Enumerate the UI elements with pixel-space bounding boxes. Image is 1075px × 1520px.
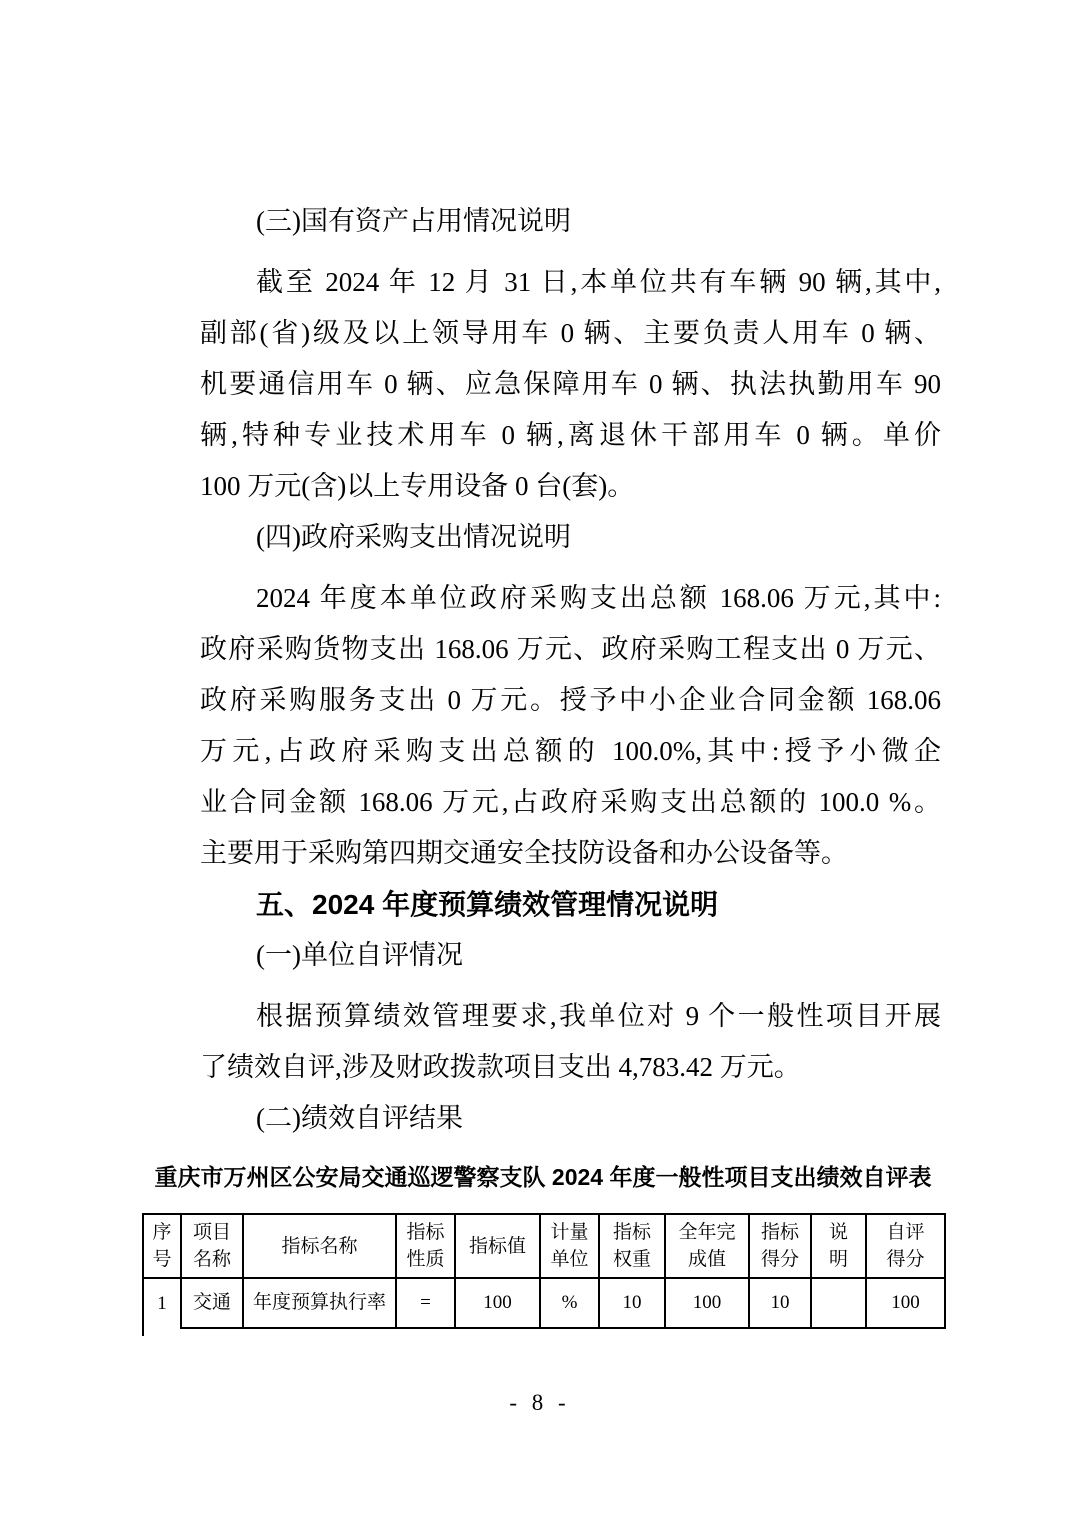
table-header-row: 序号项目名称指标名称指标性质指标值计量单位指标权重全年完成值指标得分说明自评得分 [143,1214,945,1278]
table-header-cell: 指标性质 [396,1214,455,1278]
performance-self-eval-table: 序号项目名称指标名称指标性质指标值计量单位指标权重全年完成值指标得分说明自评得分… [142,1213,946,1329]
paragraph-line: 根据预算绩效管理要求,我单位对 9 个一般性项目开展 [200,991,941,1042]
paragraph-line: 辆,特种专业技术用车 0 辆,离退休干部用车 0 辆。单价 [200,410,941,461]
paragraph-line: 2024 年度本单位政府采购支出总额 168.06 万元,其中: [200,573,941,624]
sub-section-heading: (一)单位自评情况 [200,930,941,981]
paragraph-line: 100 万元(含)以上专用设备 0 台(套)。 [200,461,941,512]
paragraph-line: 政府采购服务支出 0 万元。授予中小企业合同金额 168.06 [200,675,941,726]
table-cell [811,1278,866,1328]
table-cell: 年度预算执行率 [243,1278,396,1328]
table-header-cell: 项目名称 [181,1214,243,1278]
table-cell: 100 [455,1278,540,1328]
section-heading: 五、2024 年度预算绩效管理情况说明 [200,879,941,930]
table-cell: 10 [599,1278,665,1328]
table-row: 1交通年度预算执行率=100%1010010100 [143,1278,945,1328]
table-body: 1交通年度预算执行率=100%1010010100 [143,1278,945,1328]
paragraph-line: 机要通信用车 0 辆、应急保障用车 0 辆、执法执勤用车 90 [200,359,941,410]
table-left-border-continuation [142,1327,144,1336]
paragraph-line: 了绩效自评,涉及财政拨款项目支出 4,783.42 万元。 [200,1042,941,1093]
table-cell: 100 [866,1278,945,1328]
page-number: - 8 - [0,1386,1075,1420]
document-page: { "colors": { "text": "#000000", "backgr… [0,0,1075,1520]
page-content: (三)国有资产占用情况说明截至 2024 年 12 月 31 日,本单位共有车辆… [142,196,944,1329]
sub-section-heading: (四)政府采购支出情况说明 [200,512,941,563]
table-header-cell: 指标得分 [749,1214,811,1278]
table-header-cell: 指标权重 [599,1214,665,1278]
table-cell: % [540,1278,599,1328]
sub-section-heading: (二)绩效自评结果 [200,1093,941,1144]
paragraph-line: 政府采购货物支出 168.06 万元、政府采购工程支出 0 万元、 [200,624,941,675]
paragraph-line: 主要用于采购第四期交通安全技防设备和办公设备等。 [200,828,941,879]
table-header-cell: 计量单位 [540,1214,599,1278]
table-header-cell: 指标名称 [243,1214,396,1278]
document-text: (三)国有资产占用情况说明截至 2024 年 12 月 31 日,本单位共有车辆… [200,196,941,1144]
table-cell: 交通 [181,1278,243,1328]
table-header-cell: 说明 [811,1214,866,1278]
table-header-cell: 指标值 [455,1214,540,1278]
table-cell: 1 [143,1278,181,1328]
table-header-cell: 全年完成值 [665,1214,749,1278]
paragraph-line: 副部(省)级及以上领导用车 0 辆、主要负责人用车 0 辆、 [200,308,941,359]
table-cell: 100 [665,1278,749,1328]
sub-section-heading: (三)国有资产占用情况说明 [200,196,941,247]
table-title: 重庆市万州区公安局交通巡逻警察支队 2024 年度一般性项目支出绩效自评表 [142,1152,944,1203]
table-header-cell: 自评得分 [866,1214,945,1278]
table-cell: = [396,1278,455,1328]
paragraph-line: 截至 2024 年 12 月 31 日,本单位共有车辆 90 辆,其中, [200,257,941,308]
table-header-cell: 序号 [143,1214,181,1278]
table-cell: 10 [749,1278,811,1328]
paragraph-line: 业合同金额 168.06 万元,占政府采购支出总额的 100.0 %。 [200,777,941,828]
paragraph-line: 万元,占政府采购支出总额的 100.0%,其中:授予小微企 [200,726,941,777]
